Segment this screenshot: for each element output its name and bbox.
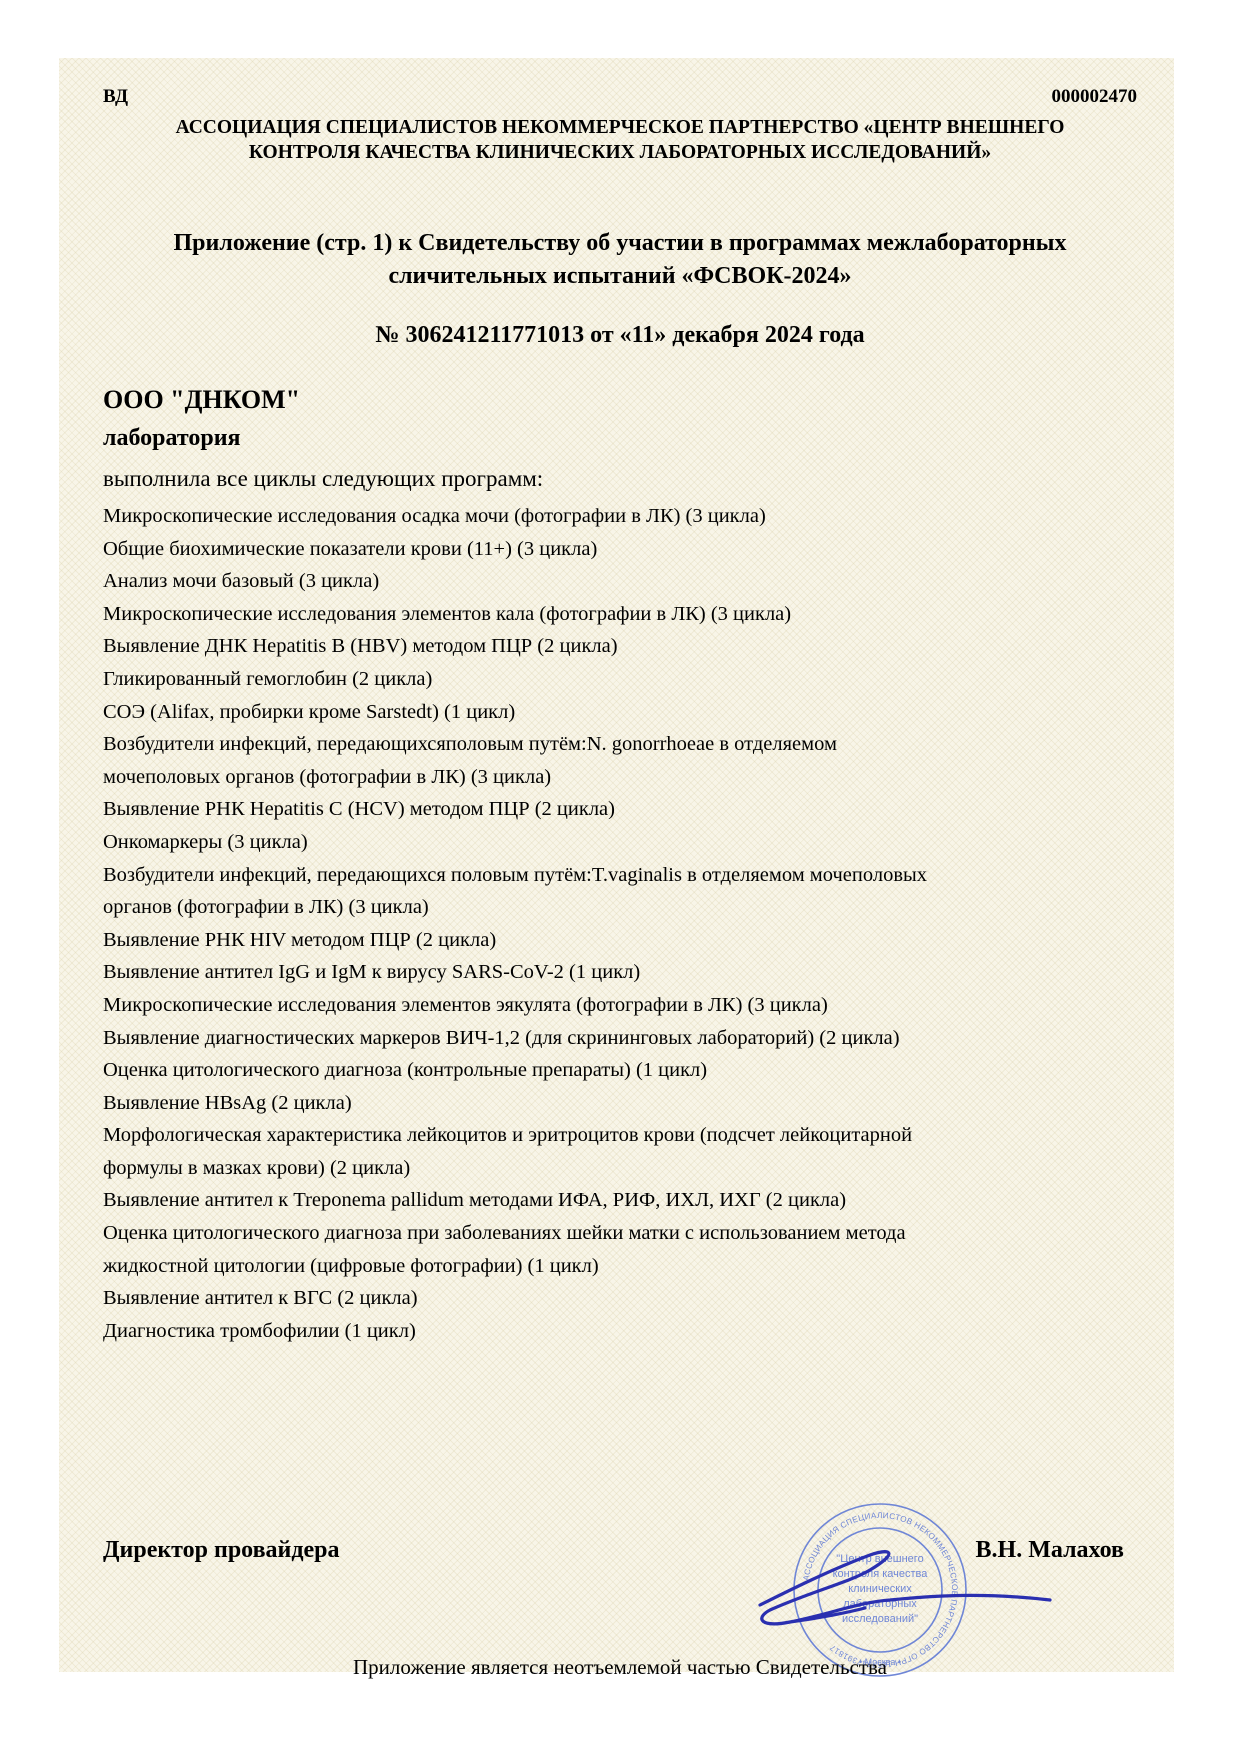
program-item: Выявление антител IgG и IgM к вирусу SAR… <box>103 956 1163 989</box>
program-item: Выявление диагностических маркеров ВИЧ-1… <box>103 1022 1163 1055</box>
program-item: Выявление антител к ВГС (2 цикла) <box>103 1282 1163 1315</box>
program-item: СОЭ (Alifax, пробирки кроме Sarstedt) (1… <box>103 696 1163 729</box>
program-item: Выявление РНК HIV методом ПЦР (2 цикла) <box>103 924 1163 957</box>
lab-label: лаборатория <box>103 425 241 452</box>
program-item: Оценка цитологического диагноза (контрол… <box>103 1054 1163 1087</box>
appendix-title: Приложение (стр. 1) к Свидетельству об у… <box>120 227 1120 293</box>
document-code-left: ВД <box>103 86 128 108</box>
organization-title: АССОЦИАЦИЯ СПЕЦИАЛИСТОВ НЕКОММЕРЧЕСКОЕ П… <box>120 115 1120 165</box>
footer-note: Приложение является неотъемлемой частью … <box>120 1655 1120 1680</box>
program-item: Микроскопические исследования элементов … <box>103 989 1163 1022</box>
program-item: Возбудители инфекций, передающихсяполовы… <box>103 728 1163 793</box>
program-item: Выявление ДНК Hepatitis B (HBV) методом … <box>103 630 1163 663</box>
program-item: Выявление HBsAg (2 цикла) <box>103 1087 1163 1120</box>
program-item: Гликированный гемоглобин (2 цикла) <box>103 663 1163 696</box>
program-item: Микроскопические исследования элементов … <box>103 598 1163 631</box>
program-item: Выявление антител к Treponema pallidum м… <box>103 1184 1163 1217</box>
program-item: Оценка цитологического диагноза при забо… <box>103 1217 1163 1282</box>
program-item: Онкомаркеры (3 цикла) <box>103 826 1163 859</box>
certificate-number: № 306241211771013 от «11» декабря 2024 г… <box>120 322 1120 349</box>
program-item: Микроскопические исследования осадка моч… <box>103 500 1163 533</box>
company-name: ООО "ДНКОМ" <box>103 385 300 415</box>
intro-text: выполнила все циклы следующих программ: <box>103 466 543 492</box>
director-label: Директор провайдера <box>103 1537 340 1564</box>
program-item: Морфологическая характеристика лейкоцито… <box>103 1119 1163 1184</box>
program-item: Диагностика тромбофилии (1 цикл) <box>103 1315 1163 1348</box>
program-item: Выявление РНК Hepatitis C (HCV) методом … <box>103 793 1163 826</box>
program-item: Возбудители инфекций, передающихся полов… <box>103 859 1163 924</box>
program-item: Общие биохимические показатели крови (11… <box>103 533 1163 566</box>
program-list: Микроскопические исследования осадка моч… <box>103 500 1163 1347</box>
document-number: 000002470 <box>1052 86 1138 108</box>
signature-icon <box>750 1530 1060 1640</box>
program-item: Анализ мочи базовый (3 цикла) <box>103 565 1163 598</box>
